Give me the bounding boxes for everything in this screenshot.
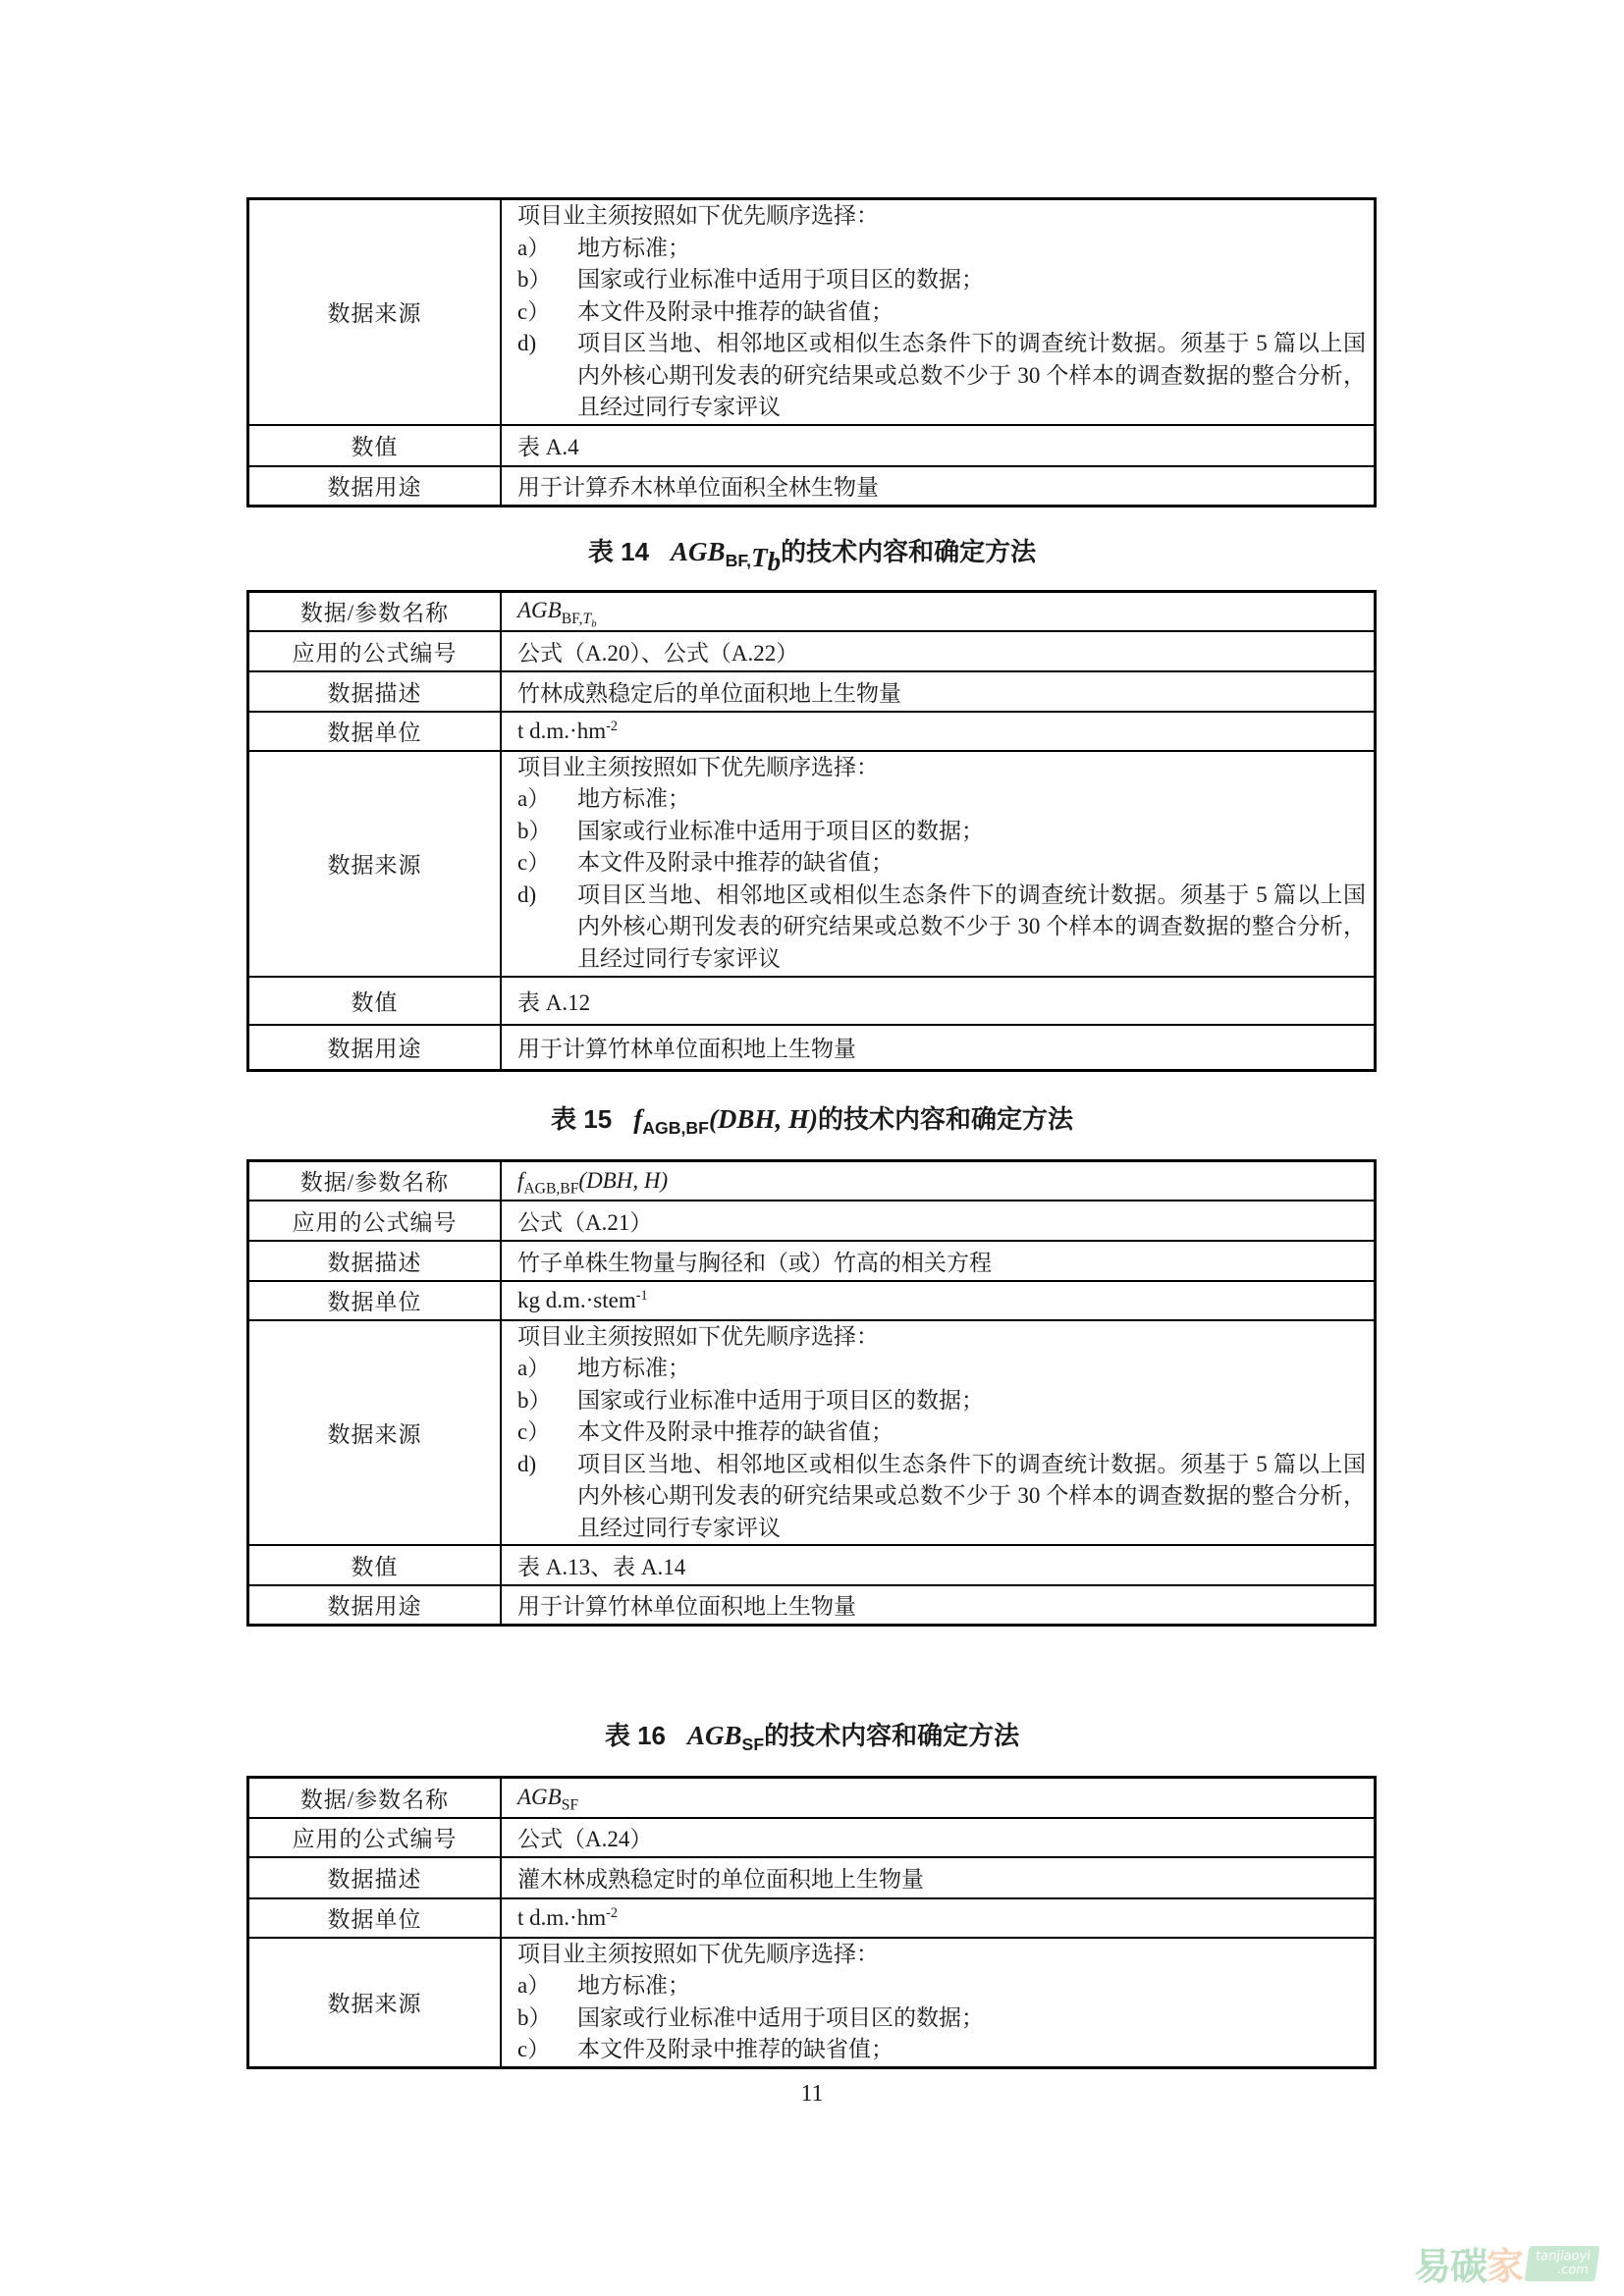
row-label-formula: 应用的公式编号 [248,1818,502,1857]
purpose-cell: 用于计算乔木林单位面积全林生物量 [501,466,1376,507]
name-cell: AGBBF,Tb [501,592,1376,631]
table-row-formula: 应用的公式编号 公式（A.20）、公式（A.22） [248,631,1376,671]
name-cell: fAGB,BF(DBH, H) [501,1161,1376,1201]
row-label-value: 数值 [248,1545,502,1585]
source-item-c: c）本文件及附录中推荐的缺省值； [517,847,1366,880]
source-cell: 项目业主须按照如下优先顺序选择： a）地方标准； b）国家或行业标准中适用于项目… [501,751,1376,977]
row-label-unit: 数据单位 [248,712,502,751]
row-label-description: 数据描述 [248,1857,502,1898]
source-item-b: b）国家或行业标准中适用于项目区的数据； [517,2002,1366,2035]
row-label-unit: 数据单位 [248,1281,502,1320]
row-label-source: 数据来源 [248,1320,502,1546]
table-row-source: 数据来源 项目业主须按照如下优先顺序选择： a）地方标准； b）国家或行业标准中… [248,1938,1376,2068]
table-row-unit: 数据单位 kg d.m.·stem-1 [248,1281,1376,1320]
source-item-d: d)项目区当地、相邻地区或相似生态条件下的调查统计数据。须基于 5 篇以上国内外… [517,328,1366,424]
table-row-purpose: 数据用途 用于计算乔木林单位面积全林生物量 [248,466,1376,507]
description-cell: 灌木林成熟稳定时的单位面积地上生物量 [501,1857,1376,1898]
source-item-b: b）国家或行业标准中适用于项目区的数据； [517,264,1366,296]
source-cell: 项目业主须按照如下优先顺序选择： a）地方标准； b）国家或行业标准中适用于项目… [501,1320,1376,1546]
row-label-purpose: 数据用途 [248,1585,502,1625]
row-label-unit: 数据单位 [248,1898,502,1938]
source-item-a: a）地方标准； [517,1970,1366,2002]
row-label-description: 数据描述 [248,671,502,712]
row-label-purpose: 数据用途 [248,466,502,507]
source-intro: 项目业主须按照如下优先顺序选择： [517,200,1366,233]
description-cell: 竹林成熟稳定后的单位面积地上生物量 [501,671,1376,712]
row-label-source: 数据来源 [248,751,502,977]
table-row-value: 数值 表 A.12 [248,977,1376,1025]
table-15-title: 表 15fAGB,BF(DBH, H)的技术内容和确定方法 [0,1101,1624,1137]
source-intro: 项目业主须按照如下优先顺序选择： [517,752,1366,784]
unit-cell: t d.m.·hm-2 [501,1898,1376,1938]
table-row-purpose: 数据用途 用于计算竹林单位面积地上生物量 [248,1585,1376,1625]
table-row-description: 数据描述 竹子单株生物量与胸径和（或）竹高的相关方程 [248,1241,1376,1281]
table-row-source: 数据来源 项目业主须按照如下优先顺序选择： a）地方标准； b）国家或行业标准中… [248,199,1376,425]
source-item-d: d)项目区当地、相邻地区或相似生态条件下的调查统计数据。须基于 5 篇以上国内外… [517,880,1366,976]
row-label-formula: 应用的公式编号 [248,631,502,671]
row-label-description: 数据描述 [248,1241,502,1281]
formula-cell: 公式（A.24） [501,1818,1376,1857]
page-number: 11 [0,2081,1624,2108]
table-row-unit: 数据单位 t d.m.·hm-2 [248,712,1376,751]
table-row-name: 数据/参数名称 fAGB,BF(DBH, H) [248,1161,1376,1201]
source-item-a: a）地方标准； [517,1353,1366,1385]
table-row-source: 数据来源 项目业主须按照如下优先顺序选择： a）地方标准； b）国家或行业标准中… [248,751,1376,977]
table-15: 数据/参数名称 fAGB,BF(DBH, H) 应用的公式编号 公式（A.21）… [246,1159,1377,1627]
source-item-c: c）本文件及附录中推荐的缺省值； [517,1416,1366,1449]
source-cell: 项目业主须按照如下优先顺序选择： a）地方标准； b）国家或行业标准中适用于项目… [501,199,1376,425]
row-label-name: 数据/参数名称 [248,1778,502,1818]
table-row-unit: 数据单位 t d.m.·hm-2 [248,1898,1376,1938]
unit-cell: kg d.m.·stem-1 [501,1281,1376,1320]
table-row-description: 数据描述 灌木林成熟稳定时的单位面积地上生物量 [248,1857,1376,1898]
watermark-badge: tanjiaoyi.com [1525,2246,1600,2281]
source-item-b: b）国家或行业标准中适用于项目区的数据； [517,816,1366,848]
row-label-value: 数值 [248,425,502,466]
source-cell: 项目业主须按照如下优先顺序选择： a）地方标准； b）国家或行业标准中适用于项目… [501,1938,1376,2068]
source-item-a: a）地方标准； [517,783,1366,816]
watermark-logo: 易碳家 tanjiaoyi.com [1414,2236,1597,2290]
row-label-source: 数据来源 [248,199,502,425]
purpose-cell: 用于计算竹林单位面积地上生物量 [501,1585,1376,1625]
table-row-name: 数据/参数名称 AGBBF,Tb [248,592,1376,631]
formula-cell: 公式（A.20）、公式（A.22） [501,631,1376,671]
table-14: 数据/参数名称 AGBBF,Tb 应用的公式编号 公式（A.20）、公式（A.2… [246,590,1377,1072]
table-row-value: 数值 表 A.4 [248,425,1376,466]
purpose-cell: 用于计算竹林单位面积地上生物量 [501,1025,1376,1071]
source-item-d: d)项目区当地、相邻地区或相似生态条件下的调查统计数据。须基于 5 篇以上国内外… [517,1449,1366,1545]
source-intro: 项目业主须按照如下优先顺序选择： [517,1321,1366,1354]
value-cell: 表 A.4 [501,425,1376,466]
table-row-description: 数据描述 竹林成熟稳定后的单位面积地上生物量 [248,671,1376,712]
source-item-b: b）国家或行业标准中适用于项目区的数据； [517,1385,1366,1417]
name-cell: AGBSF [501,1778,1376,1818]
table-row-purpose: 数据用途 用于计算竹林单位面积地上生物量 [248,1025,1376,1071]
table-row-source: 数据来源 项目业主须按照如下优先顺序选择： a）地方标准； b）国家或行业标准中… [248,1320,1376,1546]
row-label-purpose: 数据用途 [248,1025,502,1071]
row-label-name: 数据/参数名称 [248,592,502,631]
value-cell: 表 A.12 [501,977,1376,1025]
row-label-source: 数据来源 [248,1938,502,2068]
table-16: 数据/参数名称 AGBSF 应用的公式编号 公式（A.24） 数据描述 灌木林成… [246,1776,1377,2069]
table-row-value: 数值 表 A.13、表 A.14 [248,1545,1376,1585]
source-intro: 项目业主须按照如下优先顺序选择： [517,1939,1366,1971]
source-item-c: c）本文件及附录中推荐的缺省值； [517,296,1366,329]
table-row-formula: 应用的公式编号 公式（A.24） [248,1818,1376,1857]
row-label-formula: 应用的公式编号 [248,1201,502,1241]
row-label-name: 数据/参数名称 [248,1161,502,1201]
table-16-title: 表 16AGBSF的技术内容和确定方法 [0,1718,1624,1753]
watermark-text: 易碳家 [1414,2236,1523,2290]
table-14-title: 表 14AGBBF,Tb的技术内容和确定方法 [0,534,1624,569]
value-cell: 表 A.13、表 A.14 [501,1545,1376,1585]
row-label-value: 数值 [248,977,502,1025]
table-row-formula: 应用的公式编号 公式（A.21） [248,1201,1376,1241]
source-item-c: c）本文件及附录中推荐的缺省值； [517,2034,1366,2066]
table-13-continued: 数据来源 项目业主须按照如下优先顺序选择： a）地方标准； b）国家或行业标准中… [246,197,1377,507]
unit-cell: t d.m.·hm-2 [501,712,1376,751]
table-row-name: 数据/参数名称 AGBSF [248,1778,1376,1818]
source-item-a: a）地方标准； [517,233,1366,265]
formula-cell: 公式（A.21） [501,1201,1376,1241]
description-cell: 竹子单株生物量与胸径和（或）竹高的相关方程 [501,1241,1376,1281]
